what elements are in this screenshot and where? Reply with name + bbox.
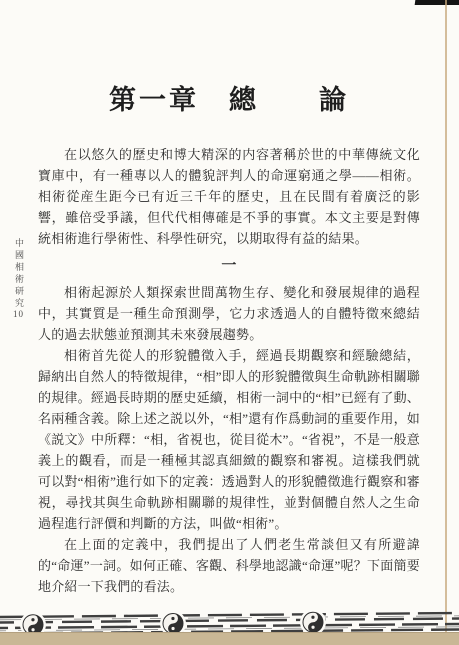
page-title: 第一章 總 論: [38, 78, 420, 117]
page-edge-line: [445, 0, 447, 634]
body-paragraph: 相術首先從人的形貌體徵入手，經過長期觀察和經驗總結，歸納出自然人的特徵規律，“相…: [38, 345, 420, 534]
page-number: 10: [13, 309, 24, 319]
scan-corner-mark: [415, 0, 459, 5]
book-page: 第一章 總 論 中國相術研究 10 在以悠久的歷史和博大精深的内容著稱於世的中華…: [0, 0, 459, 645]
section-marker: 一: [38, 256, 420, 277]
spine-label: 中國相術研究: [13, 238, 26, 310]
body-paragraph: 在上面的定義中，我們提出了人們老生常談但又有所避諱的“命運”一詞。如何正確、客觀…: [38, 534, 420, 597]
body-text: 在以悠久的歷史和博大精深的内容著稱於世的中華傳統文化寶庫中，有一種專以人的體貌評…: [38, 144, 420, 597]
body-paragraph: 在以悠久的歷史和博大精深的内容著稱於世的中華傳統文化寶庫中，有一種專以人的體貌評…: [38, 144, 420, 249]
bottom-edge-strip: [0, 632, 459, 645]
body-paragraph: 相術起源於人類探索世間萬物生存、變化和發展規律的過程中，其實質是一種生命預測學，…: [38, 282, 420, 345]
